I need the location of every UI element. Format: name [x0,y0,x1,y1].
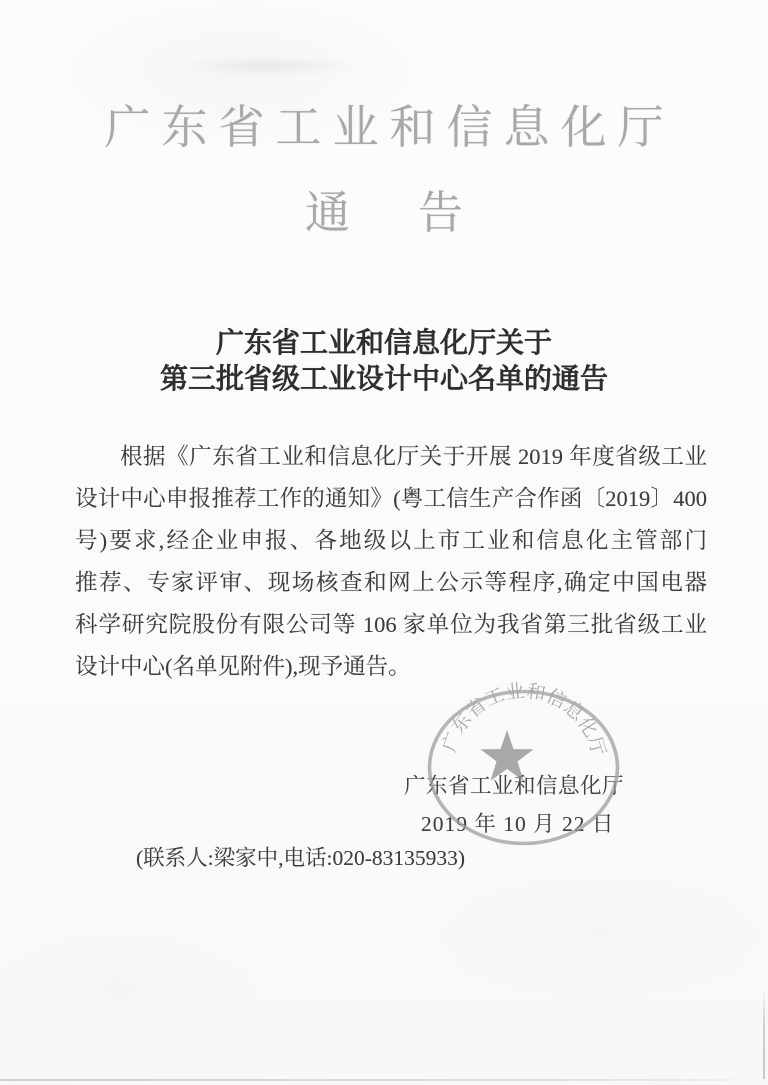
official-seal-stamp: 广东省工业和信息化厅 [408,668,640,868]
body-line: 号)要求,经企业申报、各地级以上市工业和信息化主管部门 [75,520,707,562]
body-line: 根据《广东省工业和信息化厅关于开展 2019 年度省级工业 [75,436,707,478]
body-line: 科学研究院股份有限公司等 106 家单位为我省第三批省级工业 [75,604,707,646]
scan-smudge [150,52,390,80]
document-page: 广东省工业和信息化厅 通告 广东省工业和信息化厅关于 第三批省级工业设计中心名单… [0,0,768,1085]
scan-edge-bottom [0,1079,760,1081]
letterhead-doc-type: 通告 [0,176,768,241]
body-line: 设计中心(名单见附件),现予通告。 [75,646,707,688]
body-paragraph: 根据《广东省工业和信息化厅关于开展 2019 年度省级工业 设计中心申报推荐工作… [75,436,707,688]
document-title-line1: 广东省工业和信息化厅关于 [0,325,768,361]
body-line: 推荐、专家评审、现场核查和网上公示等程序,确定中国电器 [75,562,707,604]
contact-info: (联系人:梁家中,电话:020-83135933) [136,841,465,872]
document-title-line2: 第三批省级工业设计中心名单的通告 [0,361,768,397]
signature-agency-name: 广东省工业和信息化厅 [404,769,624,800]
letterhead-agency-name: 广东省工业和信息化厅 [0,91,768,157]
seal-curved-text: 广东省工业和信息化厅 [438,680,609,759]
scan-edge-right [763,988,765,1079]
body-line: 设计中心申报推荐工作的通知》(粤工信生产合作函〔2019〕400 [75,478,707,520]
signature-date: 2019 年 10 月 22 日 [421,807,614,838]
document-title: 广东省工业和信息化厅关于 第三批省级工业设计中心名单的通告 [0,325,768,397]
